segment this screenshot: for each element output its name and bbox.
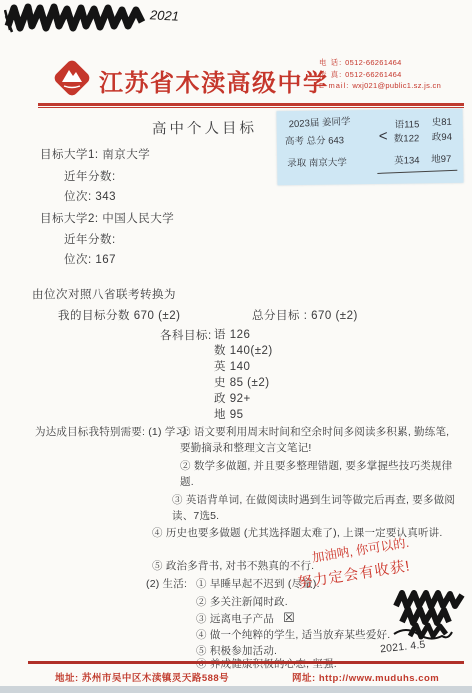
target-university-2: 目标大学2: 中国人民大学 <box>40 210 174 226</box>
study-item-2: ② 数学多做题, 并且要多整理错题, 要多掌握些技巧类规律题. <box>180 458 462 490</box>
life-label: (2) 生活: <box>146 576 187 591</box>
fax-row: 传 真:0512-66261464 <box>319 69 441 81</box>
target1-recent-scores: 近年分数: <box>64 168 116 184</box>
crossed-box-icon: ☒ <box>283 610 295 625</box>
note-score-math: 数122 <box>394 130 420 144</box>
footer-website: 网址: http://www.muduhs.com <box>292 670 439 684</box>
footer-rule <box>28 661 464 664</box>
note-score-english: 英134 <box>394 152 420 166</box>
phone-label: 电 话: <box>319 58 342 67</box>
subjects-label: 各科目标: <box>160 327 212 343</box>
subject-goal-english: 英 140 <box>214 359 273 375</box>
phone-value: 0512-66261464 <box>345 58 401 67</box>
scanned-document: 2021 江苏省木渎高级中学 电 话:0512-66261464 传 真:051… <box>0 0 472 693</box>
target2-rank: 位次: 167 <box>64 251 116 267</box>
life-item-2: ② 多关注新闻时政. <box>196 594 288 609</box>
scan-edge-band <box>0 686 472 693</box>
year-annotation: 2021 <box>150 7 180 23</box>
website-value: http://www.muduhs.com <box>319 673 439 684</box>
subject-goal-geography: 地 95 <box>214 407 273 423</box>
note-score-geography: 地97 <box>431 151 451 165</box>
email-row: E-mail:wxj021@public1.sz.js.cn <box>319 80 441 92</box>
target2-recent-scores: 近年分数: <box>64 231 116 247</box>
target-university-1: 目标大学1: 南京大学 <box>40 146 150 162</box>
website-label: 网址: <box>292 673 316 684</box>
phone-row: 电 话:0512-66261464 <box>319 57 441 69</box>
fax-label: 传 真: <box>319 70 342 79</box>
address-label: 地址: <box>55 673 79 684</box>
sticky-note: 2023届 姜同学 高考 总分 643 < 语115 史81 数122 政94 … <box>276 109 463 186</box>
redacted-signature-scribble <box>392 590 466 642</box>
note-score-history: 史81 <box>432 114 452 128</box>
total-target-score: 总分目标 : 670 (±2) <box>252 307 358 323</box>
note-line1: 2023届 姜同学 <box>288 113 350 130</box>
target1-rank: 位次: 343 <box>64 188 116 204</box>
study-item-3: ③ 英语背单词, 在做阅读时遇到生词等做完后再查, 要多做阅读、7选5. <box>172 492 460 524</box>
subject-goal-chinese: 语 126 <box>214 327 273 343</box>
life-item-3-text: ③ 远离电子产品 <box>196 613 274 625</box>
school-logo-icon <box>50 56 94 100</box>
life-item-3: ③ 远离电子产品 ☒ <box>196 610 295 626</box>
email-value: wxj021@public1.sz.js.cn <box>352 81 441 90</box>
plans-intro: 为达成目标我特别需要: (1) 学习: <box>35 424 189 439</box>
address-value: 苏州市吴中区木渎镇灵天路588号 <box>82 673 229 684</box>
note-score-chinese: 语115 <box>395 116 420 130</box>
footer-address: 地址: 苏州市吴中区木渎镇灵天路588号 <box>55 670 229 684</box>
contact-block: 电 话:0512-66261464 传 真:0512-66261464 E-ma… <box>319 57 441 92</box>
life-item-4: ④ 做一个纯粹的学生, 适当放弃某些爱好. <box>196 627 390 642</box>
page-title: 高中个人目标 <box>152 117 257 139</box>
note-underline <box>377 170 457 174</box>
conversion-line: 由位次对照八省联考转换为 <box>32 286 176 302</box>
note-line2: 高考 总分 643 <box>285 132 344 147</box>
redacted-scribble-top <box>4 2 146 34</box>
email-label: E-mail: <box>319 81 349 90</box>
subject-goal-history: 史 85 (±2) <box>214 375 273 391</box>
my-target-score: 我的目标分数 670 (±2) <box>58 307 180 323</box>
subject-goals-list: 语 126 数 140(±2) 英 140 史 85 (±2) 政 92+ 地 … <box>214 327 273 423</box>
header-rule-thick <box>38 103 464 106</box>
subject-goal-math: 数 140(±2) <box>214 343 273 359</box>
study-item-1: ① 语文要利用周末时间和空余时间多阅读多积累, 勤练笔, 要勤摘录和整理文言文笔… <box>180 424 462 456</box>
header-rule-thin <box>38 107 464 108</box>
note-brace: < <box>379 128 388 145</box>
school-name: 江苏省木渎高级中学 <box>99 63 329 98</box>
note-line3: 录取 南京大学 <box>287 154 347 169</box>
subject-goal-politics: 政 92+ <box>214 391 273 407</box>
fax-value: 0512-66261464 <box>345 70 401 79</box>
note-score-politics: 政94 <box>432 129 452 143</box>
